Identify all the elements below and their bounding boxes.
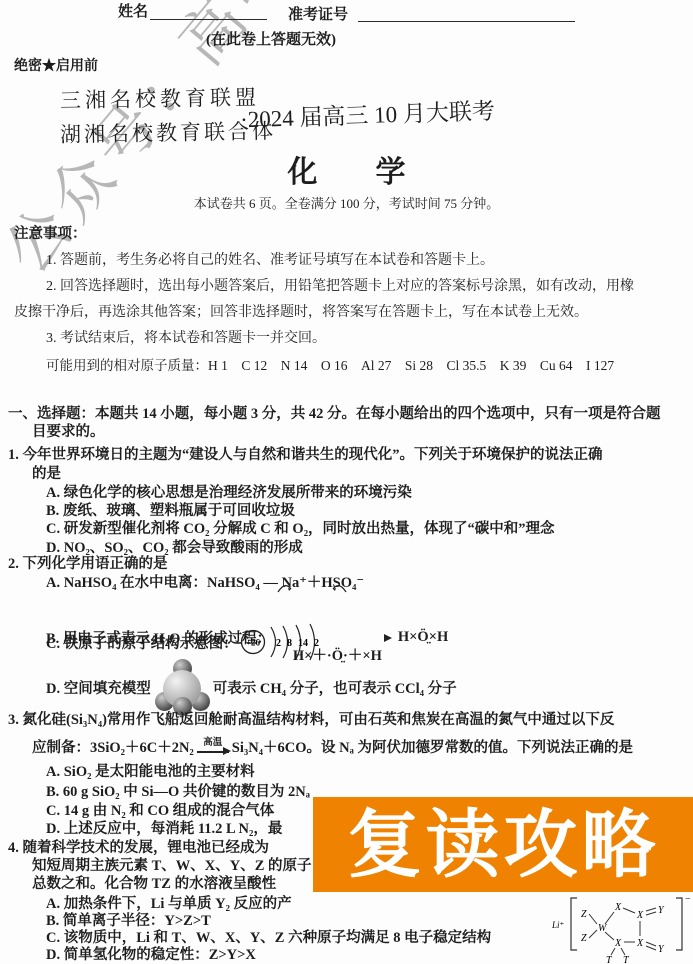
answer-invalid-note: (在此卷上答题无效)	[206, 31, 336, 49]
curved-arrow-icon	[277, 583, 293, 593]
paper-info: 本试卷共 6 页。全卷满分 100 分，考试时间 75 分钟。	[0, 196, 693, 212]
classification-label: 绝密★启用前	[14, 58, 98, 75]
q1-option-c: C. 研发新型催化剂将 CO₂ 分解成 C 和 O₂，同时放出热量，体现了“碳中…	[46, 521, 555, 539]
reaction-condition-label: 高温	[203, 739, 222, 749]
anion-charge-label: −	[685, 894, 691, 905]
section1-header-line2: 目要求的。	[32, 424, 105, 442]
atom-label-y: Y	[658, 905, 665, 916]
exam-no-label: 准考证号	[288, 6, 348, 24]
q3-option-a: A. SiO₂ 是太阳能电池的主要材料	[46, 764, 255, 782]
league-name-1: 三湘名校教育联盟	[60, 85, 260, 114]
q2-option-d: D. 空间填充模型 可表示 CH₄ 分子，也可表示 CCl₄ 分子	[46, 658, 457, 716]
exam-no-blank	[358, 4, 575, 22]
q2-option-c-prefix: C. 铁原子的原子结构示意图：	[46, 632, 238, 653]
q3-option-b: B. 60 g SiO₂ 中 Si—O 共价键的数目为 2Nₐ	[46, 784, 310, 802]
atomic-mass-line: 可能用到的相对原子质量：H 1 C 12 N 14 O 16 Al 27 Si …	[46, 358, 614, 374]
q4-stem-line2: 知短周期主族元素 T、W、X、Y、Z 的原子	[32, 858, 312, 876]
electron-formula-right: H×Ö̤×H	[398, 629, 448, 646]
shell-count-2: 8	[287, 638, 292, 649]
q3-equation-left: 应制备：3SiO₂＋6C＋2N₂	[32, 736, 194, 757]
q2-option-d-prefix: D. 空间填充模型	[46, 677, 151, 698]
q4-option-a: A. 加热条件下，Li 与单质 Y₂ 反应的产	[46, 896, 292, 914]
q2-option-a: A. NaHSO₄ 在水中电离：NaHSO₄ — Na⁺＋HSO₄⁻	[46, 575, 364, 593]
q3-equation-right: Si₃N₄＋6CO。设 Nₐ 为阿伏加德罗常数的值。下列说法正确的是	[232, 736, 633, 757]
exam-session-title: ·2024 届高三 10 月大联考	[240, 98, 496, 135]
q4-stem-line3: 总数之和。化合物 TZ 的水溶液呈酸性	[32, 876, 276, 894]
atom-label-w: W	[598, 923, 608, 934]
q4-stem-line1: 4. 随着科学技术的发展，锂电池已经成为	[8, 840, 269, 858]
name-blank	[150, 1, 267, 20]
reaction-arrow: 高温	[197, 739, 229, 753]
q4-option-b: B. 简单离子半径：Y>Z>T	[46, 913, 211, 931]
curved-arrow-icon	[331, 583, 347, 593]
nucleus-label: +26	[246, 638, 261, 648]
atom-label-t: T	[606, 955, 613, 964]
anion-structure-diagram: Li⁺ − Z Z W X X Y X X Y T T	[550, 886, 693, 964]
atom-label-y: Y	[658, 944, 665, 955]
q2-option-d-suffix: 可表示 CH₄ 分子，也可表示 CCl₄ 分子	[213, 677, 457, 698]
q3-option-c: C. 14 g 由 N₂ 和 CO 组成的混合气体	[46, 803, 274, 821]
atom-label-z: Z	[581, 909, 587, 920]
q1-stem-line2: 的是	[32, 466, 61, 484]
lithium-cation-label: Li⁺	[551, 920, 565, 930]
atomic-structure-diagram: +26 2 8 14 2	[238, 621, 324, 663]
q3-stem-line1: 3. 氮化硅(Si₃N₄)常用作飞船返回舱耐高温结构材料，可由石英和焦炭在高温的…	[8, 712, 614, 730]
overlay-banner-text: 复读攻略	[348, 808, 660, 882]
atom-label-x: X	[636, 910, 644, 921]
notice-item-2-line1: 2. 回答选择题时，选出每小题答案后，用铅笔把答题卡上对应的答案标号涂黑，如有改…	[46, 278, 634, 295]
q3-equation-line: 应制备：3SiO₂＋6C＋2N₂ 高温 Si₃N₄＋6CO。设 Nₐ 为阿伏加德…	[32, 733, 633, 759]
q4-option-d: D. 简单氢化物的稳定性：Z>Y>X	[46, 947, 256, 964]
notice-item-2-line2: 皮擦干净后，再选涂其他答案；回答非选择题时，将答案写在答题卡上，写在本试卷上无效…	[14, 304, 588, 321]
shell-count-3: 14	[298, 638, 308, 649]
q2-stem: 2. 下列化学用语正确的是	[8, 556, 168, 574]
q3-option-d: D. 上述反应中，每消耗 11.2 L N₂，最	[46, 821, 282, 839]
q1-option-b: B. 废纸、玻璃、塑料瓶属于可回收垃圾	[46, 503, 295, 521]
notice-item-3: 3. 考试结束后，将本试卷和答题卡一并交回。	[46, 330, 326, 347]
atom-label-x: X	[614, 938, 622, 949]
atom-label-x: X	[614, 902, 622, 913]
atom-label-x: X	[636, 938, 644, 949]
notice-item-1: 1. 答题前，考生务必将自己的姓名、准考证号填写在本试卷和答题卡上。	[46, 252, 494, 269]
overlay-banner: 复读攻略	[313, 797, 693, 892]
q4-option-c: C. 该物质中，Li 和 T、W、X、Y、Z 六种原子均满足 8 电子稳定结构	[46, 930, 491, 948]
notice-heading: 注意事项：	[14, 226, 87, 244]
q1-stem-line1: 1. 今年世界环境日的主题为“建设人与自然和谐共生的现代化”。下列关于环境保护的…	[8, 447, 603, 465]
atom-label-t: T	[623, 955, 630, 964]
shell-count-4: 2	[314, 638, 319, 649]
subject-title: 化 学	[0, 155, 693, 192]
atom-label-z: Z	[581, 933, 587, 944]
shell-count-1: 2	[276, 638, 281, 649]
q1-option-a: A. 绿色化学的核心思想是治理经济发展所带来的环境污染	[46, 485, 412, 503]
space-filling-model	[156, 659, 208, 715]
name-label: 姓名	[118, 3, 148, 21]
section1-header-line1: 一、选择题：本题共 14 小题，每小题 3 分，共 42 分。在每小题给出的四个…	[8, 406, 661, 424]
exam-paper-page: 公众号：高中 姓名 准考证号 (在此卷上答题无效) 绝密★启用前 三湘名校教育联…	[0, 0, 693, 964]
